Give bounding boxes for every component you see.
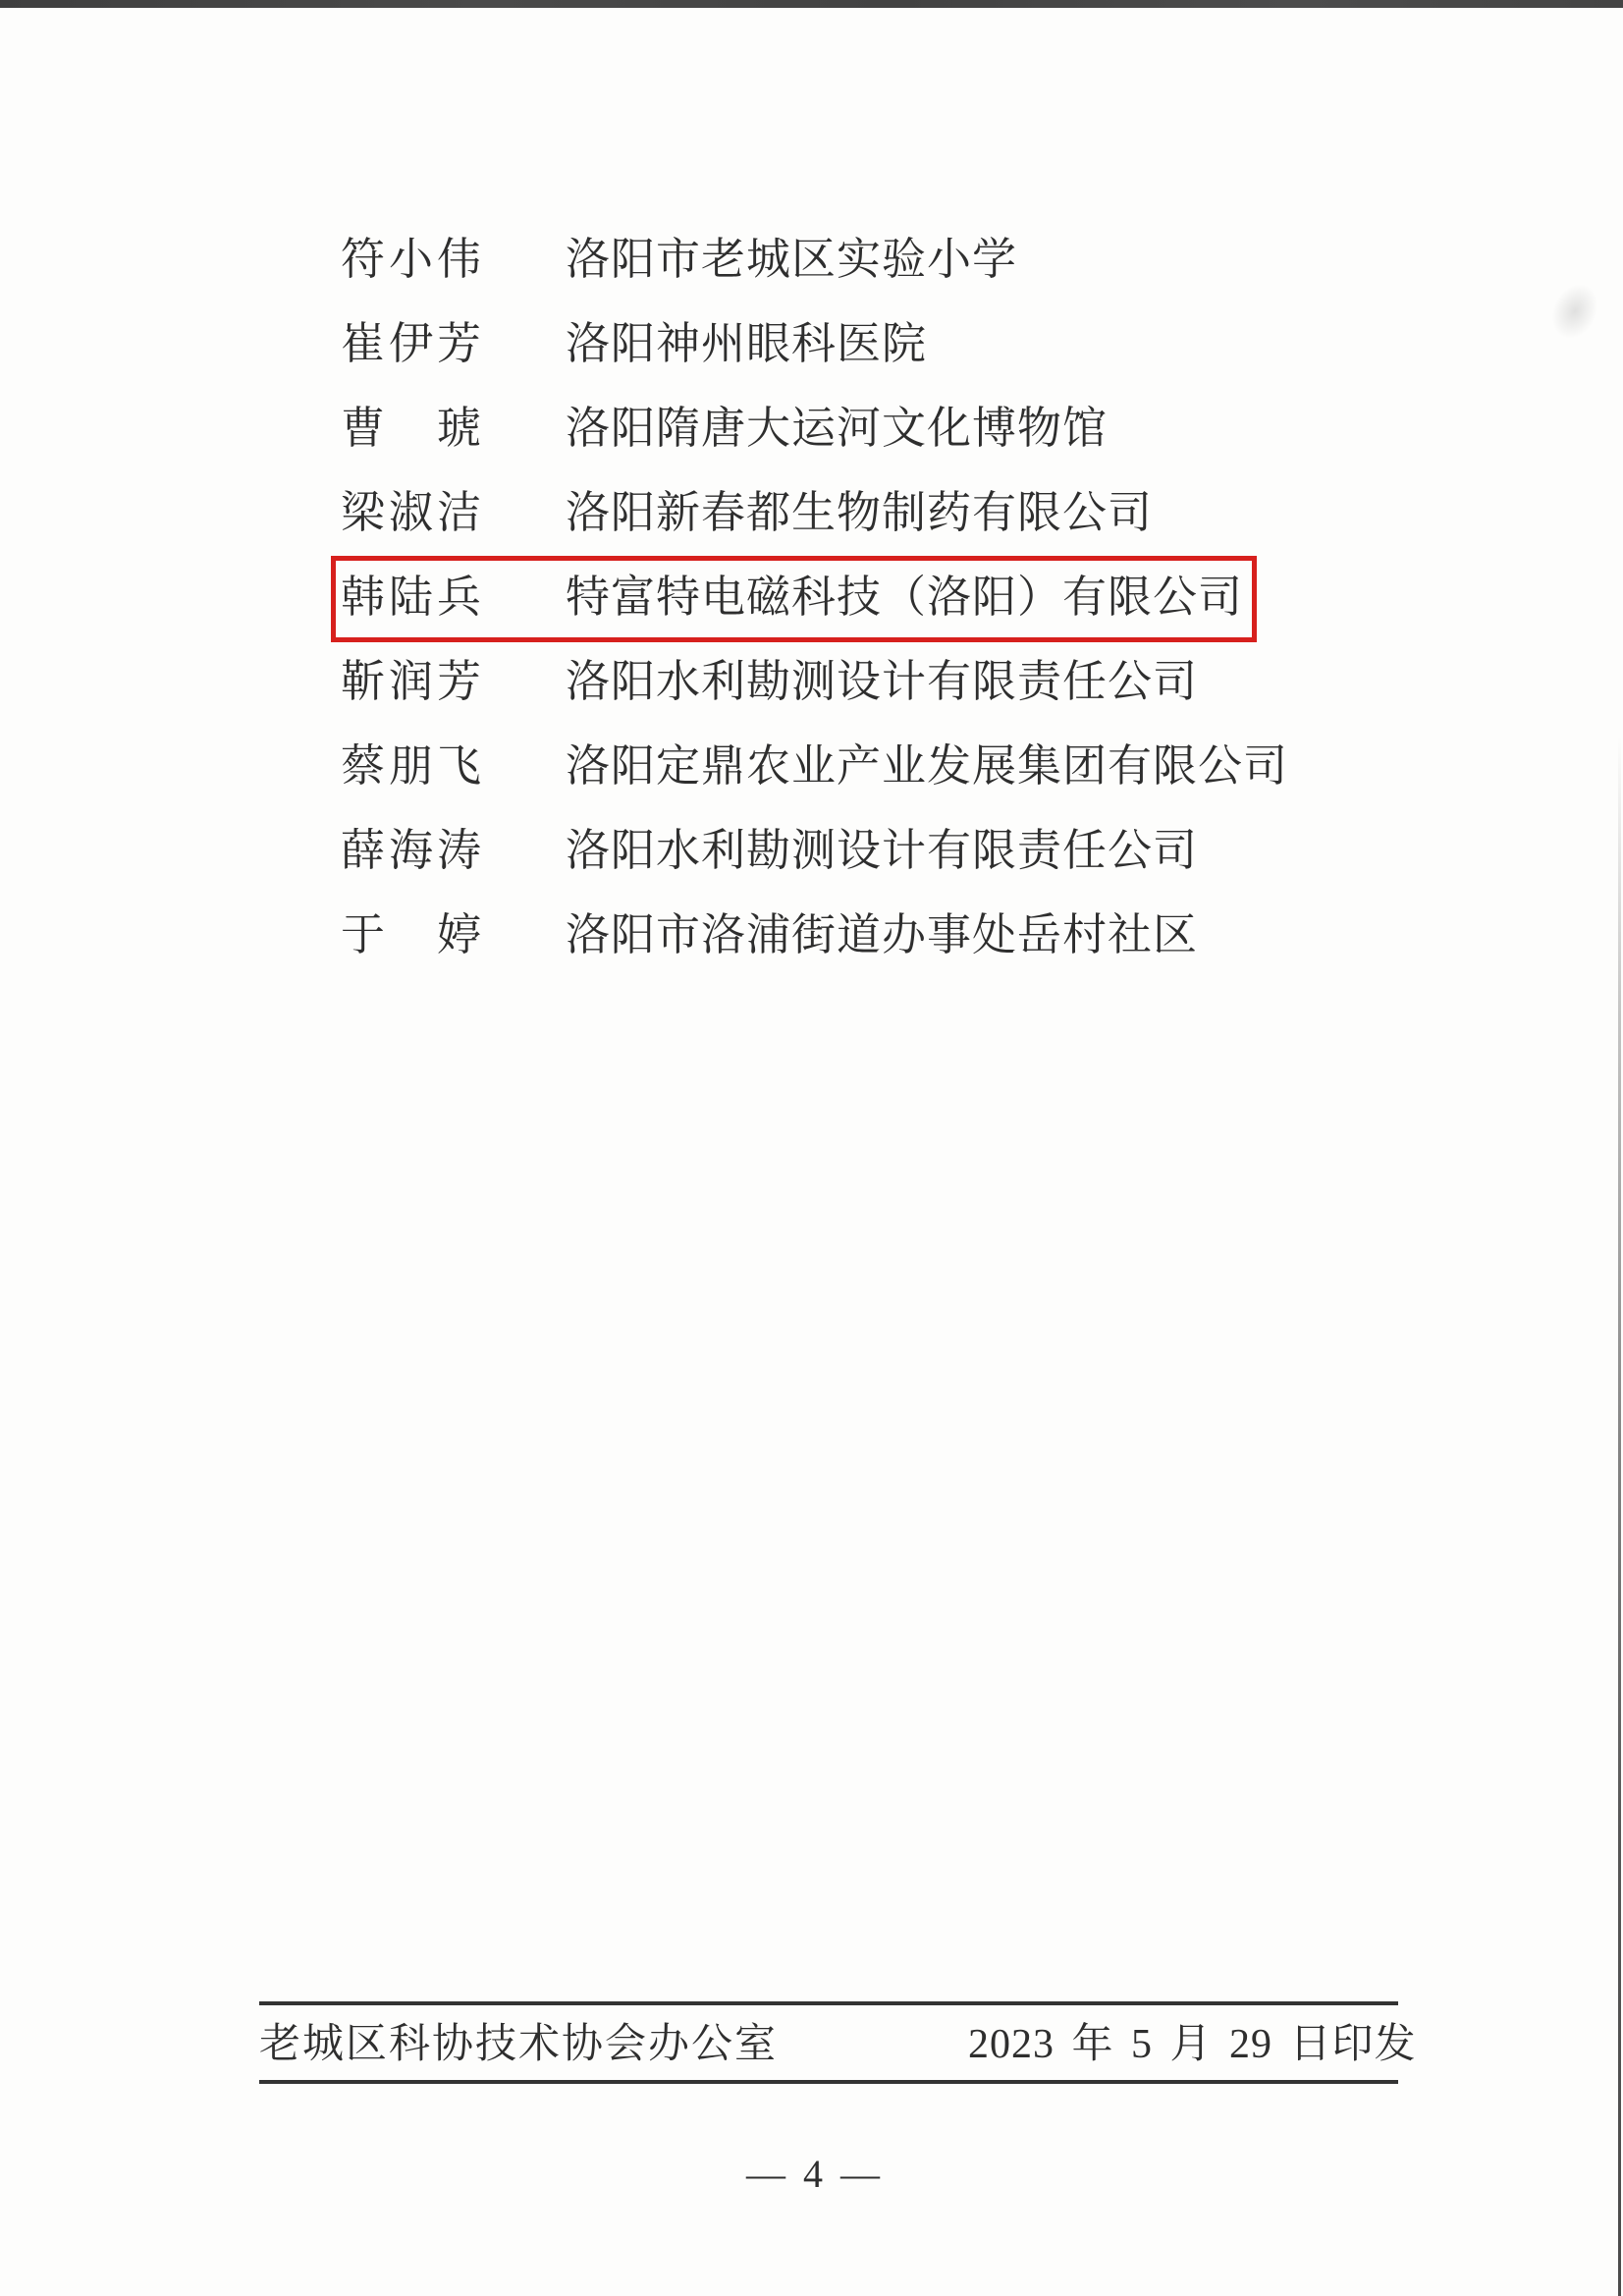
recipient-organization: 洛阳定鼎农业产业发展集团有限公司 (566, 743, 1288, 789)
recipient-organization: 特富特电磁科技（洛阳）有限公司 (566, 574, 1243, 620)
recipient-name: 曹 琥 (341, 406, 481, 451)
document-page: 符小伟 洛阳市老城区实验小学 崔伊芳 洛阳神州眼科医院 曹 琥 洛阳隋唐大运河文… (0, 0, 1623, 2296)
recipient-name: 崔伊芳 (341, 321, 481, 366)
footer-bottom-rule (259, 2080, 1398, 2084)
recipient-name: 薛海涛 (341, 828, 481, 873)
footer-print-date: 2023 年 5 月 29 日印发 (968, 2021, 1417, 2068)
recipient-organization: 洛阳神州眼科医院 (566, 321, 927, 366)
recipient-organization: 洛阳市老城区实验小学 (566, 237, 1017, 282)
recipient-row: 薛海涛 洛阳水利勘测设计有限责任公司 (341, 828, 1323, 873)
recipient-organization: 洛阳水利勘测设计有限责任公司 (566, 828, 1198, 873)
recipient-row: 符小伟 洛阳市老城区实验小学 (341, 237, 1323, 282)
recipient-row: 靳润芳 洛阳水利勘测设计有限责任公司 (341, 659, 1323, 704)
recipient-row: 曹 琥 洛阳隋唐大运河文化博物馆 (341, 406, 1323, 451)
recipient-organization: 洛阳新春都生物制药有限公司 (566, 490, 1153, 535)
recipient-row: 崔伊芳 洛阳神州眼科医院 (341, 321, 1323, 366)
recipient-organization: 洛阳水利勘测设计有限责任公司 (566, 659, 1198, 704)
recipient-row: 梁淑洁 洛阳新春都生物制药有限公司 (341, 490, 1323, 535)
recipient-organization: 洛阳隋唐大运河文化博物馆 (566, 406, 1108, 451)
recipient-name: 符小伟 (341, 237, 481, 282)
recipient-name: 蔡朋飞 (341, 743, 481, 789)
footer-office-name: 老城区科协技术协会办公室 (259, 2021, 778, 2068)
recipient-name: 梁淑洁 (341, 490, 481, 535)
recipient-name: 于 婷 (341, 912, 481, 957)
footer-top-rule (259, 2001, 1398, 2005)
recipient-row: 韩陆兵 特富特电磁科技（洛阳）有限公司 (341, 574, 1323, 620)
recipient-name: 靳润芳 (341, 659, 481, 704)
recipient-list: 符小伟 洛阳市老城区实验小学 崔伊芳 洛阳神州眼科医院 曹 琥 洛阳隋唐大运河文… (0, 0, 1623, 2296)
recipient-organization: 洛阳市洛浦街道办事处岳村社区 (566, 912, 1198, 957)
page-number: — 4 — (746, 2153, 884, 2196)
recipient-row: 蔡朋飞 洛阳定鼎农业产业发展集团有限公司 (341, 743, 1323, 789)
recipient-row: 于 婷 洛阳市洛浦街道办事处岳村社区 (341, 912, 1323, 957)
